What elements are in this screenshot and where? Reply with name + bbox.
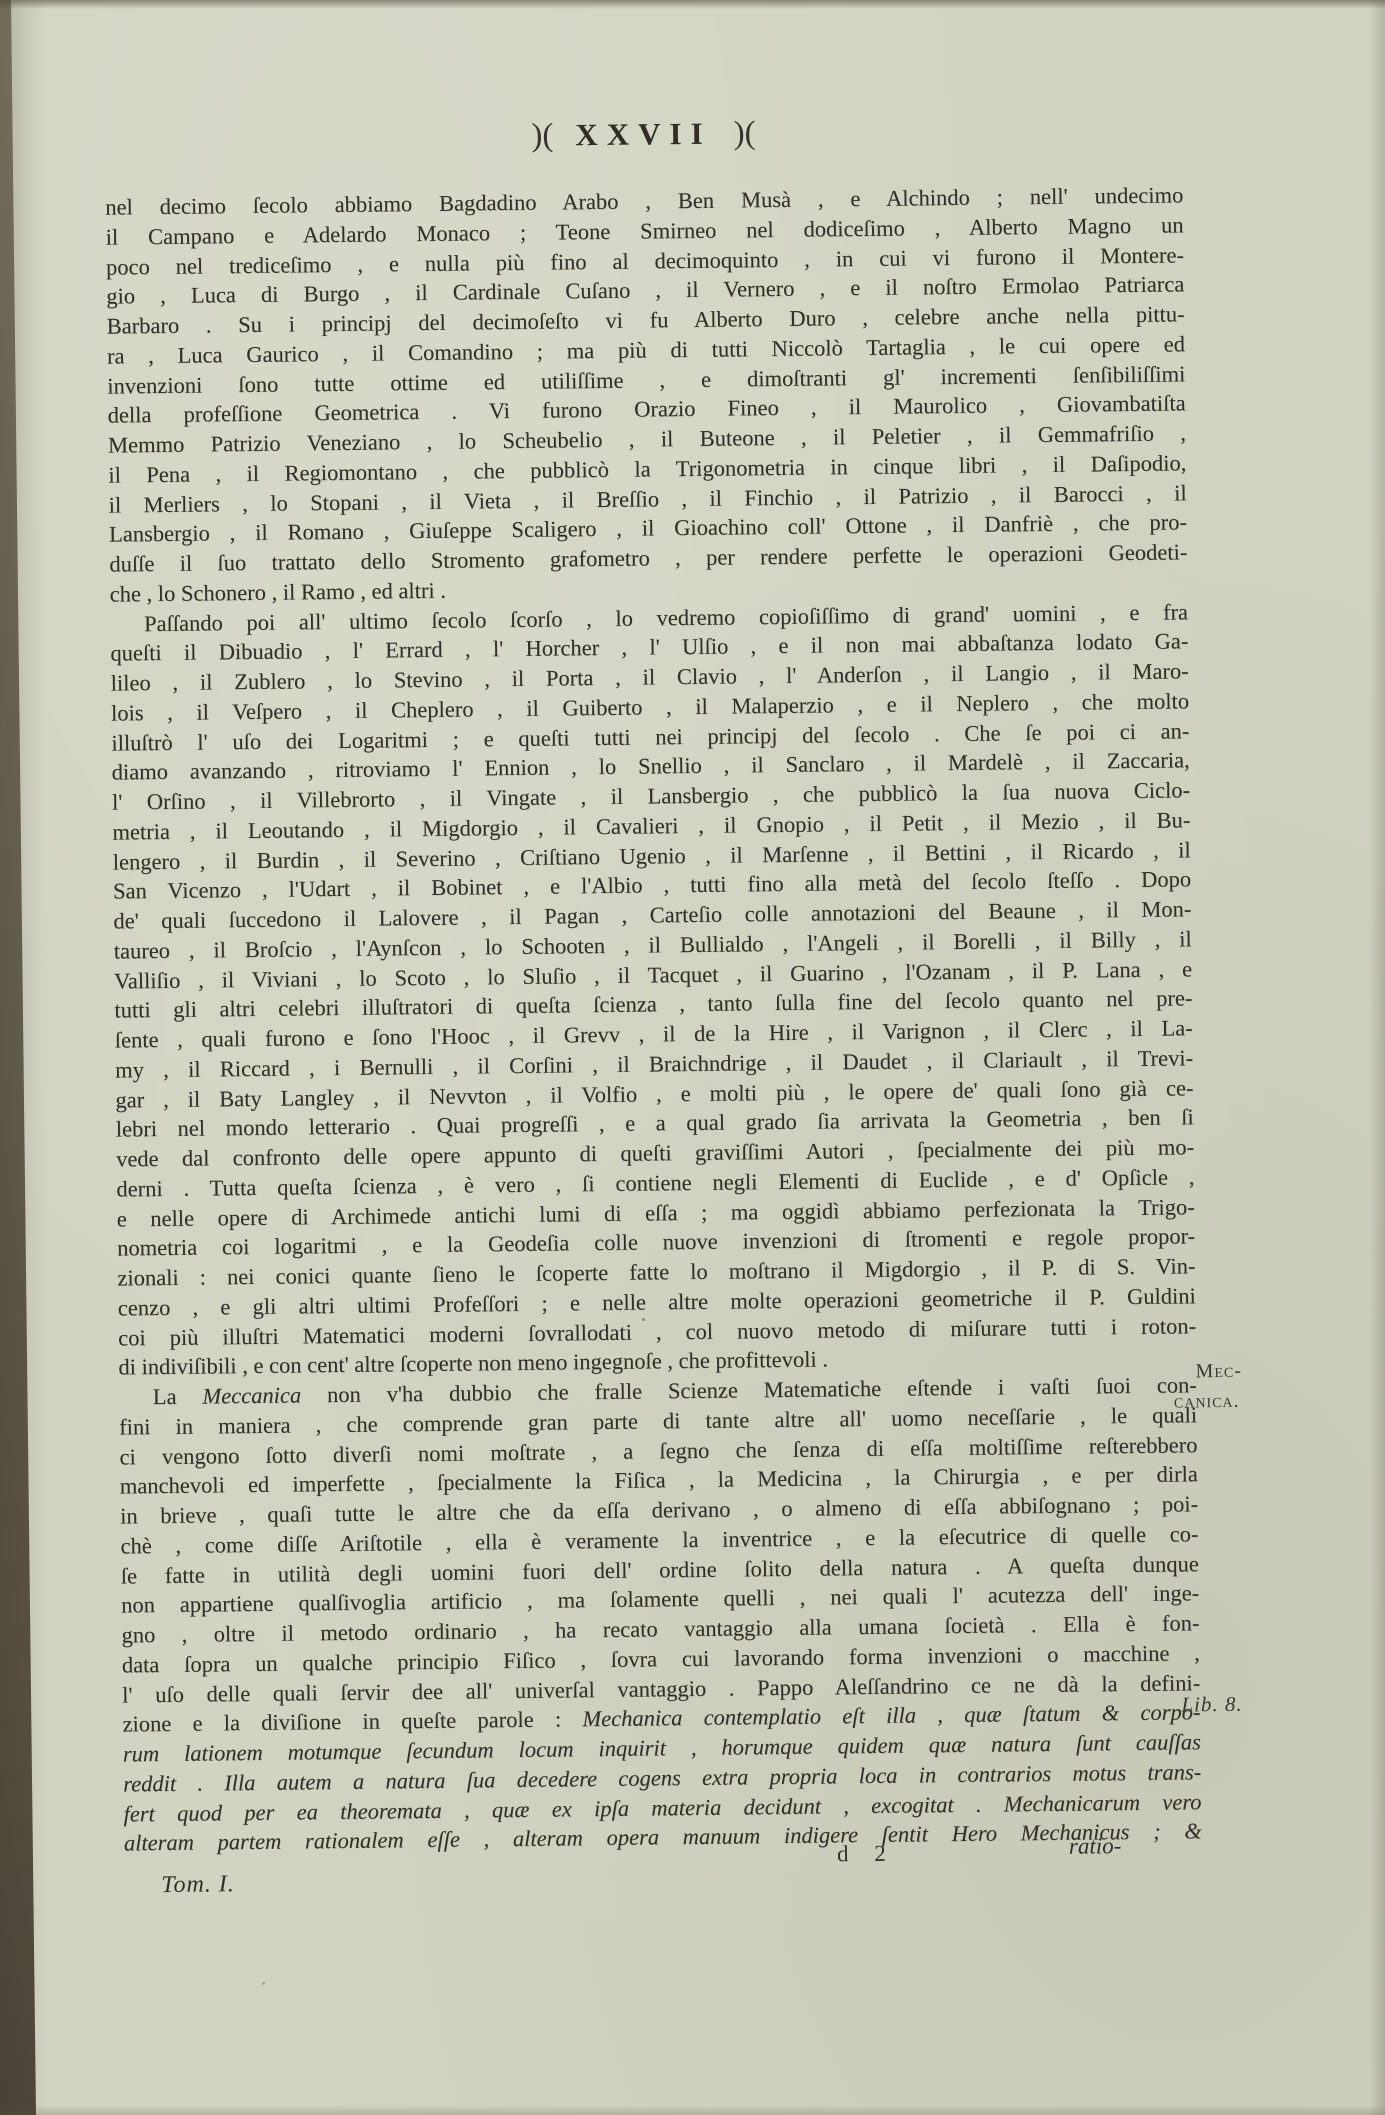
text-segment: La — [153, 1384, 203, 1410]
text-segment: che , lo Schonero , il Ramo , ed altri . — [110, 578, 446, 607]
book-page: )(XXVII)( nel decimo ſecolo abbiamo Bagd… — [0, 0, 1385, 2115]
page-header: )(XXVII)( — [104, 110, 1182, 159]
page-number: XXVII — [575, 116, 712, 153]
header-ornament-right: )( — [733, 115, 755, 151]
text-segment-italic: Mechanica contemplatio eſt illa , quæ ſt… — [582, 1700, 1200, 1732]
catchword: ratio- — [1069, 1833, 1122, 1860]
tome-label: Tom. I. — [161, 1871, 235, 1899]
body-text-block: nel decimo ſecolo abbiamo Bagdadino Arab… — [105, 180, 1202, 1858]
margin-note-lib8: Lib. 8. — [1181, 1692, 1243, 1718]
margin-note-meccanica: Mec- canica. — [1173, 1355, 1284, 1416]
margin-note-line: Mec- — [1173, 1355, 1283, 1386]
signature-mark: d 2 — [837, 1841, 886, 1868]
page-content: )(XXVII)( nel decimo ſecolo abbiamo Bagd… — [0, 0, 1385, 2115]
header-ornament-left: )( — [531, 118, 553, 154]
text-segment: zione e la diviſione in queſte parole : — [122, 1707, 582, 1737]
text-segment-italic: Meccanica — [202, 1382, 301, 1408]
margin-note-line: canica. — [1174, 1385, 1284, 1416]
